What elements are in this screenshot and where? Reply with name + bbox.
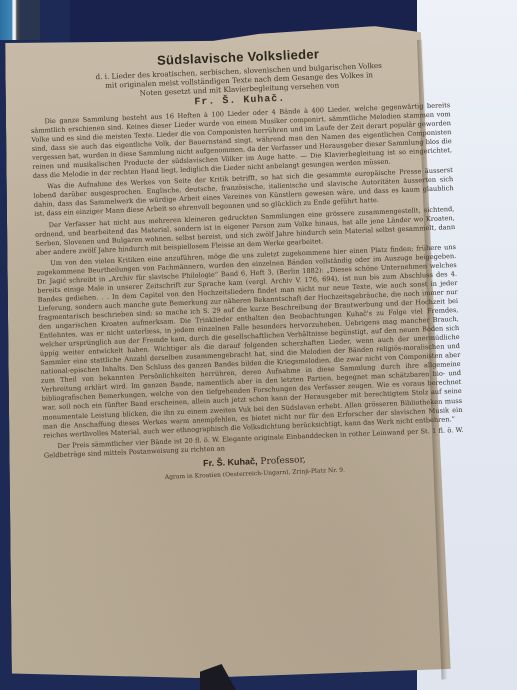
signature-title: Professor, [257, 455, 305, 467]
background-window [0, 0, 40, 40]
signature-author: Fr. Š. Kuhač, [203, 456, 258, 468]
paragraph-review-quote: Um von den vielen Kritiken eine anzuführ… [36, 243, 463, 441]
document-content: Südslavische Volkslieder d. i. Lieder de… [28, 41, 465, 485]
